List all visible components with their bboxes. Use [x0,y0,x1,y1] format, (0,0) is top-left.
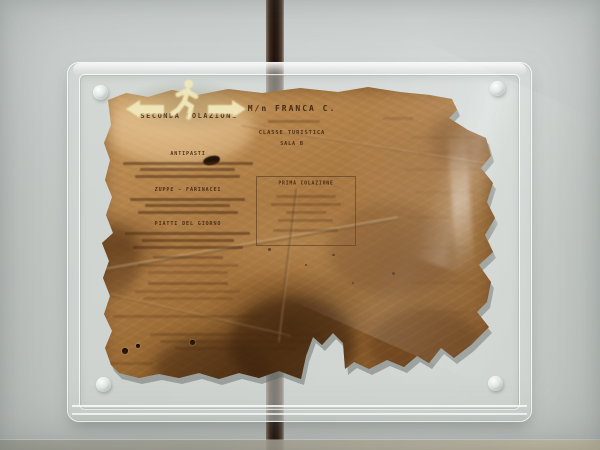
running-man-icon [168,77,204,125]
arrow-left-icon [126,100,166,119]
standoff-bolt-bottom-left [96,377,111,392]
standoff-bolt-top-left [93,85,108,100]
museum-photo: SECONDA COLAZIONE M/n FRANCA C. CLASSE T… [0,0,600,450]
standoff-bolt-bottom-right [488,376,503,391]
arrow-right-icon [206,100,246,119]
standoff-bolt-top-right [490,81,505,96]
exit-sign-reflection [122,82,250,130]
wall-lower-trim [0,440,600,450]
